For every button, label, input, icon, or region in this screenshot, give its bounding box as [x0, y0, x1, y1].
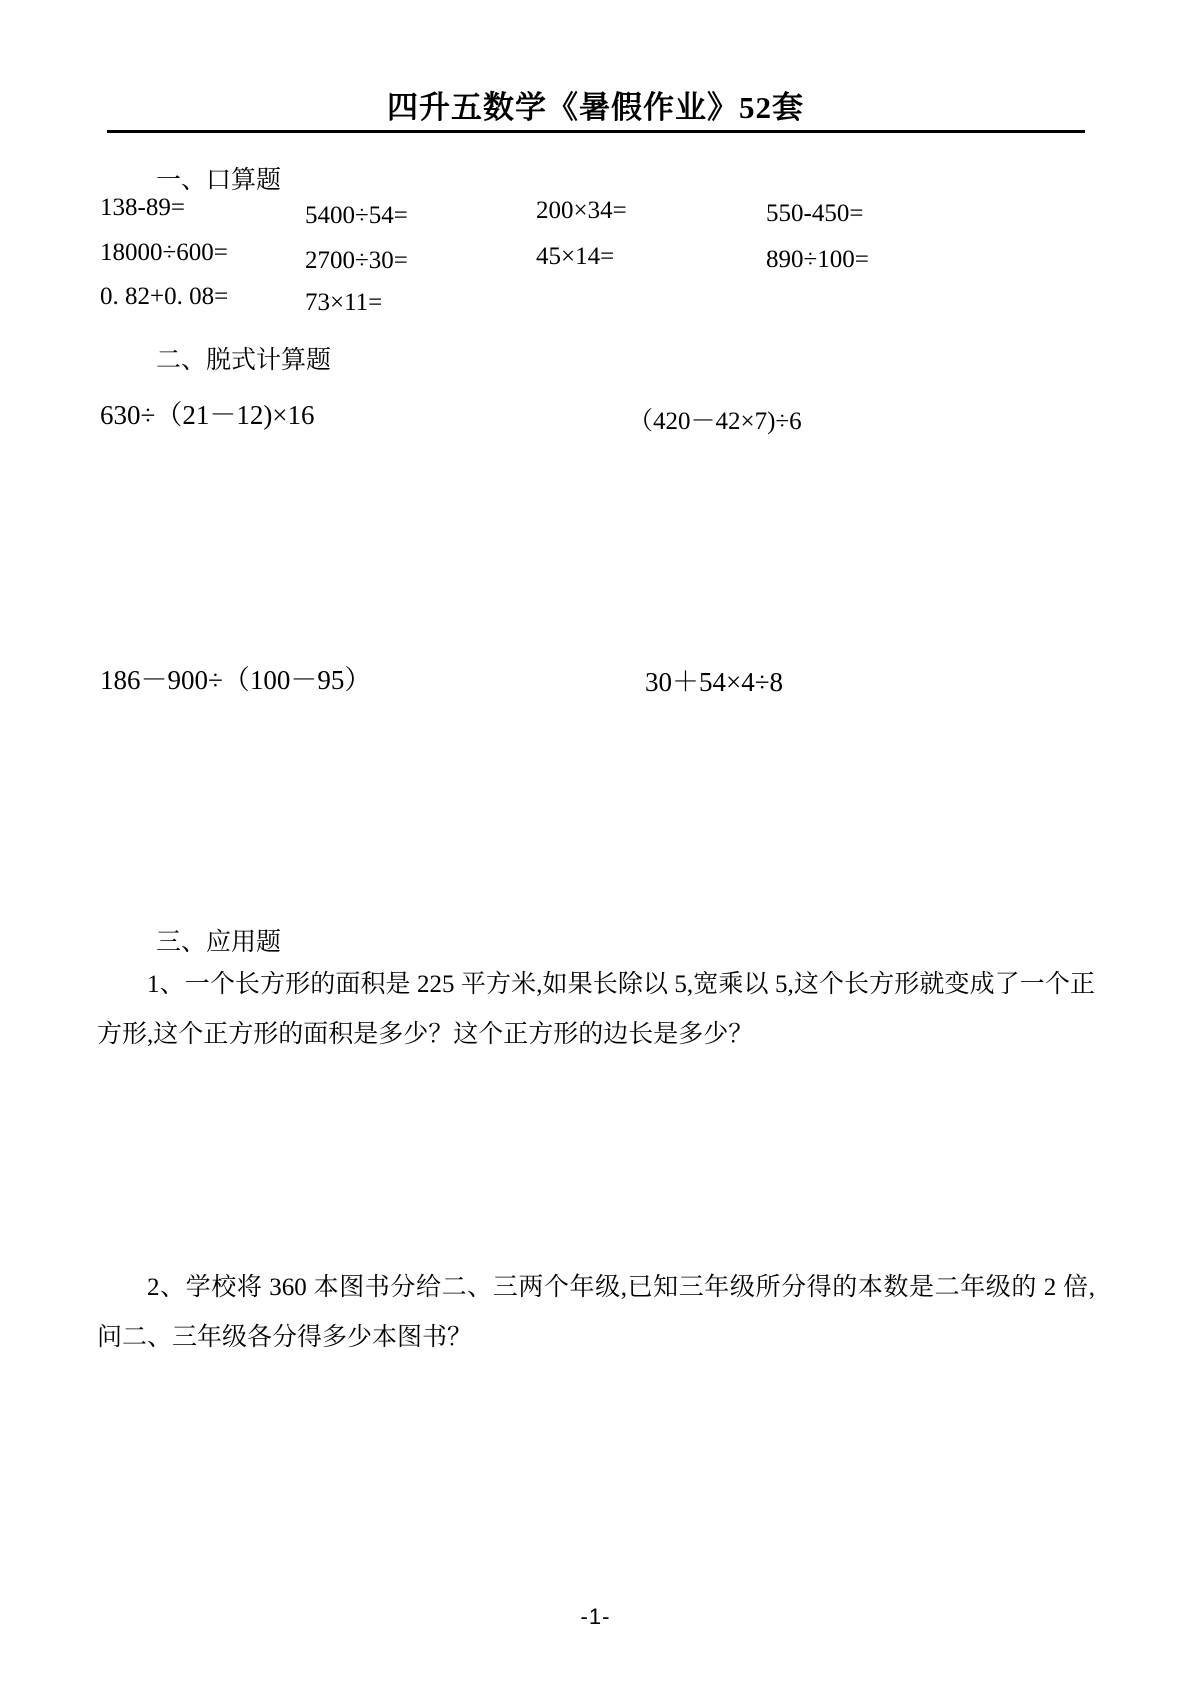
- word-problem-1: 1、一个长方形的面积是 225 平方米,如果长除以 5,宽乘以 5,这个长方形就…: [97, 960, 1095, 1060]
- oral-problem: 138-89=: [100, 194, 185, 222]
- oral-problem: 5400÷54=: [305, 202, 408, 230]
- stepwise-problem: （420－42×7)÷6: [628, 401, 802, 437]
- title-divider: [107, 130, 1085, 133]
- oral-problem: 18000÷600=: [100, 239, 228, 267]
- oral-problem: 550-450=: [766, 200, 863, 228]
- oral-problem: 0. 82+0. 08=: [100, 283, 228, 311]
- section-heading-word-problems: 三、应用题: [156, 922, 281, 958]
- oral-problem: 73×11=: [305, 289, 382, 317]
- section-heading-stepwise: 二、脱式计算题: [156, 340, 331, 376]
- worksheet-page: 四升五数学《暑假作业》52套 一、口算题 138-89= 5400÷54= 20…: [0, 0, 1191, 1684]
- oral-problem: 45×14=: [536, 243, 614, 271]
- oral-problem: 890÷100=: [766, 246, 869, 274]
- section-heading-oral: 一、口算题: [156, 160, 281, 196]
- page-number: -1-: [0, 1604, 1191, 1630]
- stepwise-problem: 186－900÷（100－95）: [100, 658, 371, 697]
- page-title: 四升五数学《暑假作业》52套: [0, 82, 1191, 127]
- word-problem-2: 2、学校将 360 本图书分给二、三两个年级,已知三年级所分得的本数是二年级的 …: [97, 1263, 1095, 1363]
- oral-problem: 200×34=: [536, 197, 627, 225]
- oral-problem: 2700÷30=: [305, 247, 408, 275]
- stepwise-problem: 30＋54×4÷8: [645, 660, 783, 699]
- stepwise-problem: 630÷（21－12)×16: [100, 393, 315, 432]
